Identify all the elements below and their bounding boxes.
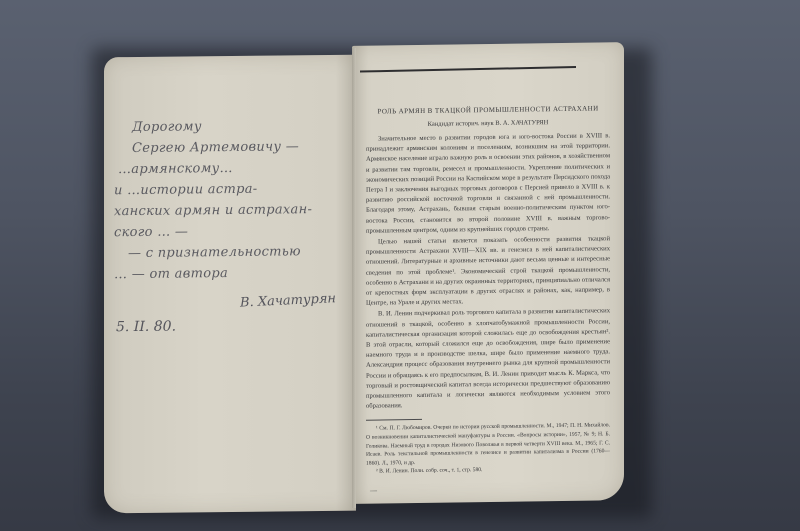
footnote: ¹ См. П. Г. Любомиров. Очерки по истории… xyxy=(366,422,610,468)
inscription-line: — с признательностью xyxy=(114,241,350,264)
article-title: РОЛЬ АРМЯН В ТКАЦКОЙ ПРОМЫШЛЕННОСТИ АСТР… xyxy=(366,104,610,115)
article-body: РОЛЬ АРМЯН В ТКАЦКОЙ ПРОМЫШЛЕННОСТИ АСТР… xyxy=(366,104,610,494)
inscription-line: ского … — xyxy=(114,220,350,243)
article-author: Кандидат историч. наук В. А. ХАЧАТУРЯН xyxy=(366,118,610,128)
article-paragraph: Значительное место в развитии городов юг… xyxy=(366,131,610,236)
author-signature: В. Хачатурян xyxy=(240,291,336,310)
inscription-line: и …истории астра- xyxy=(114,178,350,201)
inscription-line: … — от автора xyxy=(114,262,350,285)
inscription-line: Сергею Артемовичу — xyxy=(114,136,350,159)
header-rule xyxy=(360,66,576,73)
footnote-rule xyxy=(366,419,422,421)
inscription-line: …армянскому… xyxy=(114,157,350,180)
handwritten-inscription: Дорогому Сергею Артемовичу — …армянскому… xyxy=(114,115,350,285)
inscription-line: ханских армян и астрахан- xyxy=(114,199,350,222)
right-page: РОЛЬ АРМЯН В ТКАЦКОЙ ПРОМЫШЛЕННОСТИ АСТР… xyxy=(352,42,624,504)
inscription-date: 5. II. 80. xyxy=(116,319,176,336)
left-page: Дорогому Сергею Артемовичу — …армянскому… xyxy=(104,55,356,514)
booklet-spine xyxy=(352,48,356,508)
end-mark: — xyxy=(366,483,610,494)
inscription-line: Дорогому xyxy=(114,115,350,138)
article-paragraph: В. И. Ленин подчеркивал роль торгового к… xyxy=(366,307,610,412)
article-paragraph: Целью нашей статьи является показать осо… xyxy=(366,234,610,309)
